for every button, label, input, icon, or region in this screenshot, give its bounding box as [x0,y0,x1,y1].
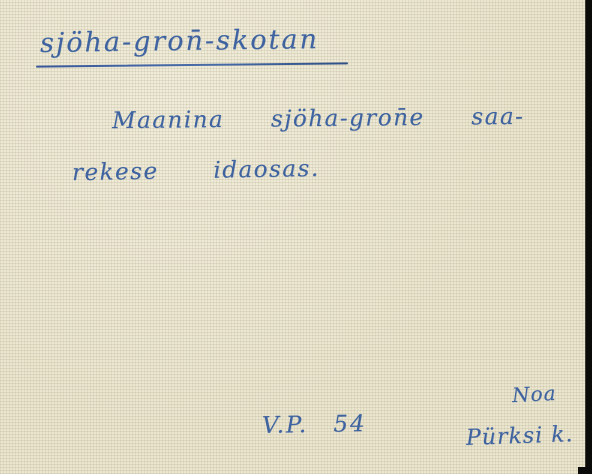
description-line-2: rekese idaosas. [72,156,320,186]
parish-abbreviation: Noa [511,381,557,407]
title-underline [36,62,348,67]
village-name: Pürksi k. [466,422,574,451]
description-line-1: Maanina sjöha-gron̄e saa- [112,104,525,134]
scan-edge-right [585,0,592,474]
scan-edge-bottom-notch [578,467,592,474]
card-title: sjöha-gron̄-skotan [40,24,319,59]
index-card: sjöha-gron̄-skotan Maanina sjöha-gron̄e … [0,0,592,474]
reference-code: V.P. 54 [262,411,367,439]
